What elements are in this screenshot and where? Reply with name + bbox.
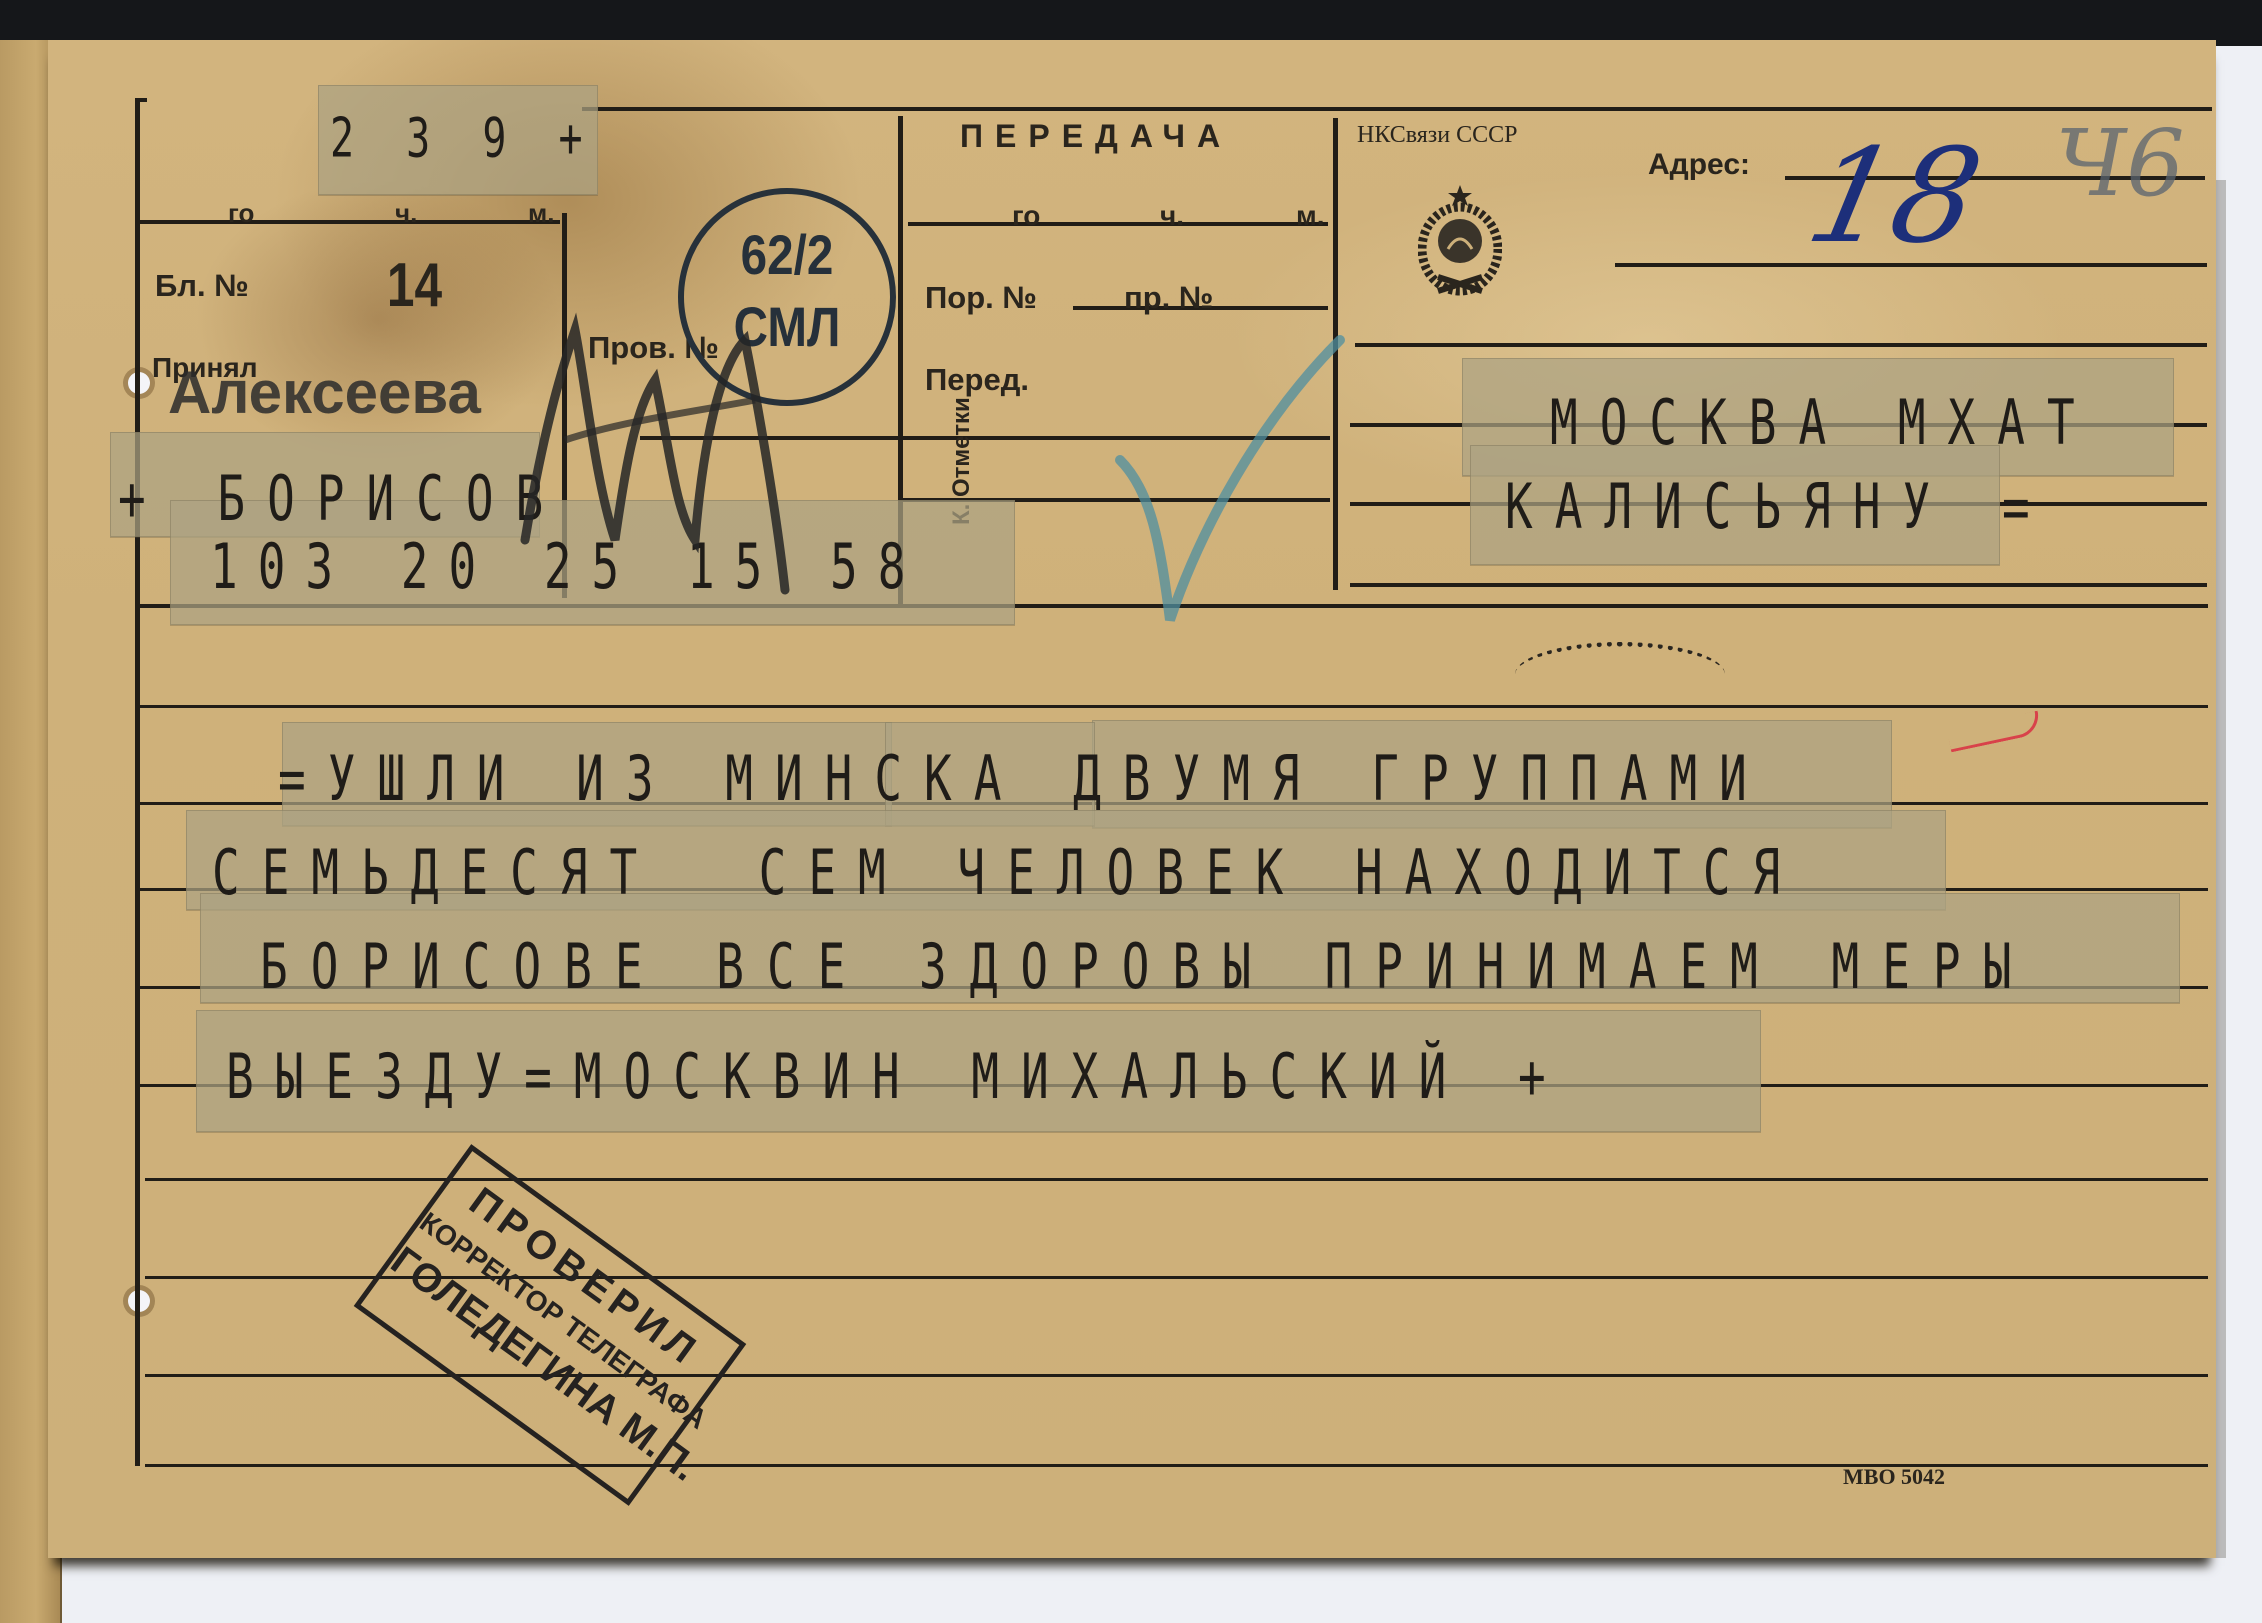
seq-dash <box>1073 306 1121 310</box>
ussr-emblem-icon <box>1418 183 1502 315</box>
pr-no-label: пр. № <box>1124 280 1213 316</box>
tx-time-ch-label: ч. <box>1160 200 1184 232</box>
header-top-rule <box>582 107 2212 111</box>
address-line-1: МОСКВА МХАТ <box>1550 386 2097 459</box>
number-strip: 2 3 9 + <box>330 108 597 170</box>
tx-time-m-label: м. <box>1296 200 1325 232</box>
message-line-3: БОРИСОВЕ ВСЕ ЗДОРОВЫ ПРИНИМАЕМ МЕРЫ <box>260 930 2034 1003</box>
time-go-label: го <box>228 198 254 229</box>
time-ch-label: ч. <box>395 198 417 229</box>
time-m-label: м. <box>528 198 554 229</box>
check-mark-icon <box>1110 330 1350 630</box>
stamp-line-1: 62/2 <box>699 222 874 287</box>
address-line-2: КАЛИСЬЯНУ = <box>1505 470 2052 543</box>
time-rule-right <box>908 222 1328 226</box>
issuer-label: НКСвязи СССР <box>1357 122 1518 149</box>
form-left-border <box>135 98 140 1466</box>
transmission-title: ПЕРЕДАЧА <box>960 118 1232 155</box>
message-line-2: СЕМЬДЕСЯТ СЕМ ЧЕЛОВЕК НАХОДИТСЯ <box>212 836 1802 909</box>
blank-no-value: 14 <box>387 250 442 321</box>
seq-no-label: Пор. № <box>925 280 1037 316</box>
paper-shadow <box>2216 180 2226 1558</box>
address-label: Адрес: <box>1648 148 1750 182</box>
transmitted-label: Перед. <box>925 362 1029 398</box>
address-rule-3 <box>1355 343 2207 347</box>
time-rule-left <box>140 220 560 224</box>
address-rule-6 <box>1350 583 2207 587</box>
form-code: МВО 5042 <box>1843 1464 1945 1490</box>
pencil-note: Ч6 <box>2055 110 2185 217</box>
message-line-1: =УШЛИ ИЗ МИНСКА ДВУМЯ ГРУППАМИ <box>278 742 1769 815</box>
received-by-stamp: Алексеева <box>168 358 481 427</box>
message-line-4: ВЫЕЗДУ=МОСКВИН МИХАЛЬСКИЙ + <box>226 1040 1568 1113</box>
tx-time-go-label: го <box>1012 200 1040 232</box>
signature-scribble <box>505 300 805 600</box>
blank-no-label: Бл. № <box>155 268 249 304</box>
body-rule <box>140 705 2208 708</box>
address-number-handwritten: 18 <box>1796 120 1994 272</box>
origin-city: + БОРИСОВ <box>118 462 565 535</box>
faint-postmark <box>1515 642 1725 707</box>
form-corner <box>137 98 147 102</box>
